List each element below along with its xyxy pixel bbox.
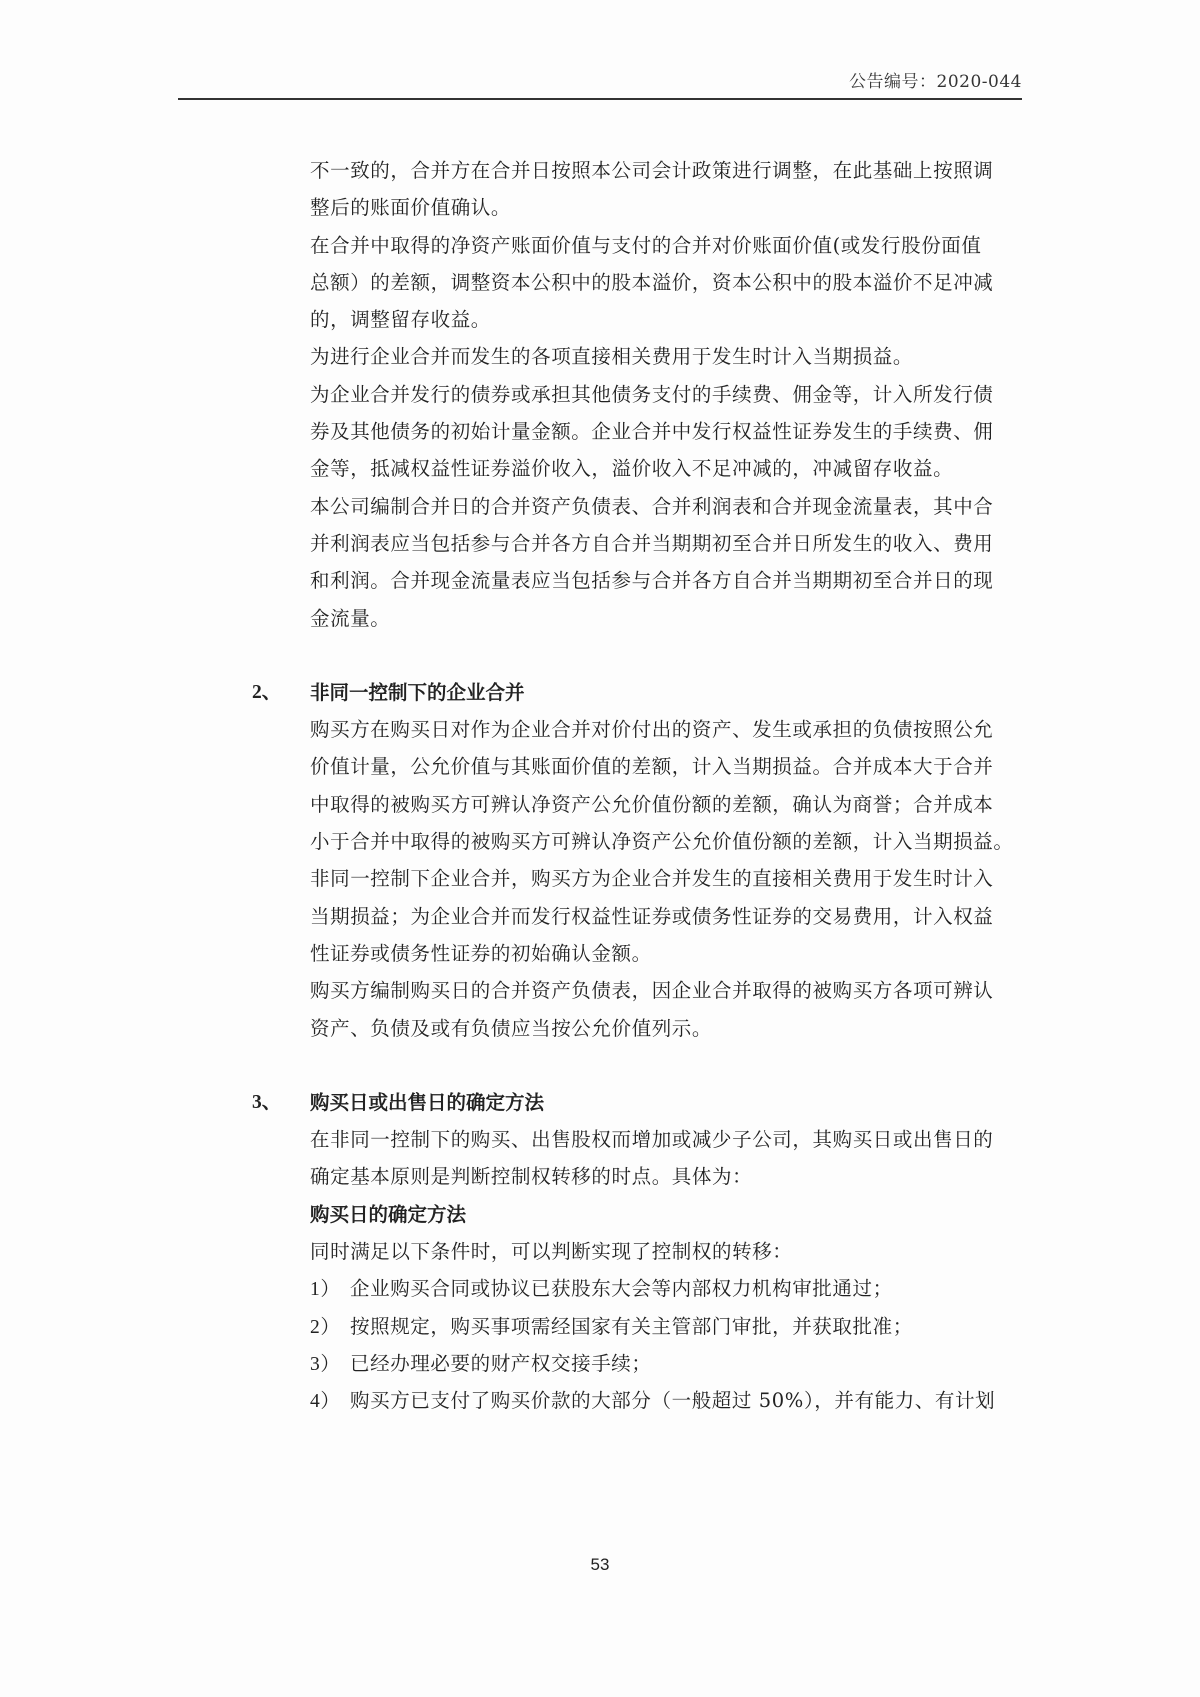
section-spacer (310, 1047, 1030, 1084)
announcement-number: 公告编号：2020-044 (849, 67, 1022, 92)
list-number: 4） (310, 1383, 350, 1420)
text-line: 的，调整留存收益。 (310, 301, 1030, 338)
paragraph: 购买方编制购买日的合并资产负债表，因企业合并取得的被购买方各项可辨认 资产、负债… (310, 972, 1030, 1047)
text-line: 价值计量，公允价值与其账面价值的差额，计入当期损益。合并成本大于合并 (310, 748, 1030, 785)
text-line: 和利润。合并现金流量表应当包括参与合并各方自合并当期期初至合并日的现 (310, 562, 1030, 599)
text-line: 资产、负债及或有负债应当按公允价值列示。 (310, 1010, 1030, 1047)
list-number: 1） (310, 1271, 350, 1308)
condition-intro: 同时满足以下条件时，可以判断实现了控制权的转移： (310, 1233, 1030, 1270)
list-item: 2）按照规定，购买事项需经国家有关主管部门审批，并获取批准； (310, 1308, 1030, 1345)
text-line: 并利润表应当包括参与合并各方自合并当期期初至合并日所发生的收入、费用 (310, 525, 1030, 562)
list-text: 按照规定，购买事项需经国家有关主管部门审批，并获取批准； (350, 1315, 913, 1338)
conditions-list: 1）企业购买合同或协议已获股东大会等内部权力机构审批通过； 2）按照规定，购买事… (310, 1270, 1030, 1419)
list-number: 2） (310, 1309, 350, 1346)
text-line: 确定基本原则是判断控制权转移的时点。具体为： (310, 1158, 1030, 1195)
section-heading: 2、 非同一控制下的企业合并 (310, 674, 1030, 711)
text-line: 在合并中取得的净资产账面价值与支付的合并对价账面价值(或发行股份面值 (310, 227, 1030, 264)
section-number: 2、 (252, 674, 281, 711)
paragraph: 在合并中取得的净资产账面价值与支付的合并对价账面价值(或发行股份面值 总额）的差… (310, 227, 1030, 339)
list-text: 购买方已支付了购买价款的大部分（一般超过 50%），并有能力、有计划 (350, 1389, 995, 1412)
paragraph: 为进行企业合并而发生的各项直接相关费用于发生时计入当期损益。 (310, 338, 1030, 375)
text-line: 购买方在购买日对作为企业合并对价付出的资产、发生或承担的负债按照公允 (310, 711, 1030, 748)
page-number: 53 (0, 1555, 1200, 1575)
text-line: 购买方编制购买日的合并资产负债表，因企业合并取得的被购买方各项可辨认 (310, 972, 1030, 1009)
list-item: 3）已经办理必要的财产权交接手续； (310, 1345, 1030, 1382)
paragraph: 在非同一控制下的购买、出售股权而增加或减少子公司，其购买日或出售日的 确定基本原… (310, 1121, 1030, 1196)
text-line: 券及其他债务的初始计量金额。企业合并中发行权益性证券发生的手续费、佣 (310, 413, 1030, 450)
text-line: 小于合并中取得的被购买方可辨认净资产公允价值份额的差额，计入当期损益。 (310, 823, 1030, 860)
document-page: 公告编号：2020-044 不一致的，合并方在合并日按照本公司会计政策进行调整，… (0, 0, 1200, 1697)
paragraph: 为企业合并发行的债券或承担其他债务支付的手续费、佣金等，计入所发行债 券及其他债… (310, 376, 1030, 488)
text-line: 性证券或债务性证券的初始确认金额。 (310, 935, 1030, 972)
paragraph: 本公司编制合并日的合并资产负债表、合并利润表和合并现金流量表，其中合 并利润表应… (310, 488, 1030, 637)
text-line: 不一致的，合并方在合并日按照本公司会计政策进行调整，在此基础上按照调 (310, 152, 1030, 189)
text-line: 本公司编制合并日的合并资产负债表、合并利润表和合并现金流量表，其中合 (310, 488, 1030, 525)
text-line: 在非同一控制下的购买、出售股权而增加或减少子公司，其购买日或出售日的 (310, 1121, 1030, 1158)
text-line: 金等，抵减权益性证券溢价收入，溢价收入不足冲减的，冲减留存收益。 (310, 450, 1030, 487)
text-line: 总额）的差额，调整资本公积中的股本溢价，资本公积中的股本溢价不足冲减 (310, 264, 1030, 301)
section-title: 购买日或出售日的确定方法 (310, 1091, 544, 1114)
list-text: 已经办理必要的财产权交接手续； (350, 1352, 652, 1375)
section-heading: 3、 购买日或出售日的确定方法 (310, 1084, 1030, 1121)
text-line: 当期损益；为企业合并而发行权益性证券或债务性证券的交易费用，计入权益 (310, 898, 1030, 935)
text-line: 为进行企业合并而发生的各项直接相关费用于发生时计入当期损益。 (310, 338, 1030, 375)
subheading: 购买日的确定方法 (310, 1196, 1030, 1233)
section-number: 3、 (252, 1084, 281, 1121)
document-body: 不一致的，合并方在合并日按照本公司会计政策进行调整，在此基础上按照调 整后的账面… (310, 152, 1030, 1420)
list-number: 3） (310, 1346, 350, 1383)
section-title: 非同一控制下的企业合并 (310, 681, 525, 704)
section-spacer (310, 637, 1030, 674)
text-line: 金流量。 (310, 600, 1030, 637)
text-line: 为企业合并发行的债券或承担其他债务支付的手续费、佣金等，计入所发行债 (310, 376, 1030, 413)
text-line: 中取得的被购买方可辨认净资产公允价值份额的差额，确认为商誉；合并成本 (310, 786, 1030, 823)
text-line: 整后的账面价值确认。 (310, 189, 1030, 226)
paragraph: 购买方在购买日对作为企业合并对价付出的资产、发生或承担的负债按照公允 价值计量，… (310, 711, 1030, 860)
text-line: 非同一控制下企业合并，购买方为企业合并发生的直接相关费用于发生时计入 (310, 860, 1030, 897)
list-item: 4）购买方已支付了购买价款的大部分（一般超过 50%），并有能力、有计划 (310, 1382, 1030, 1419)
section-2: 2、 非同一控制下的企业合并 购买方在购买日对作为企业合并对价付出的资产、发生或… (310, 674, 1030, 1047)
paragraph: 非同一控制下企业合并，购买方为企业合并发生的直接相关费用于发生时计入 当期损益；… (310, 860, 1030, 972)
section-3: 3、 购买日或出售日的确定方法 在非同一控制下的购买、出售股权而增加或减少子公司… (310, 1084, 1030, 1420)
paragraph: 不一致的，合并方在合并日按照本公司会计政策进行调整，在此基础上按照调 整后的账面… (310, 152, 1030, 227)
list-item: 1）企业购买合同或协议已获股东大会等内部权力机构审批通过； (310, 1270, 1030, 1307)
list-text: 企业购买合同或协议已获股东大会等内部权力机构审批通过； (350, 1277, 893, 1300)
page-header: 公告编号：2020-044 (178, 60, 1022, 100)
